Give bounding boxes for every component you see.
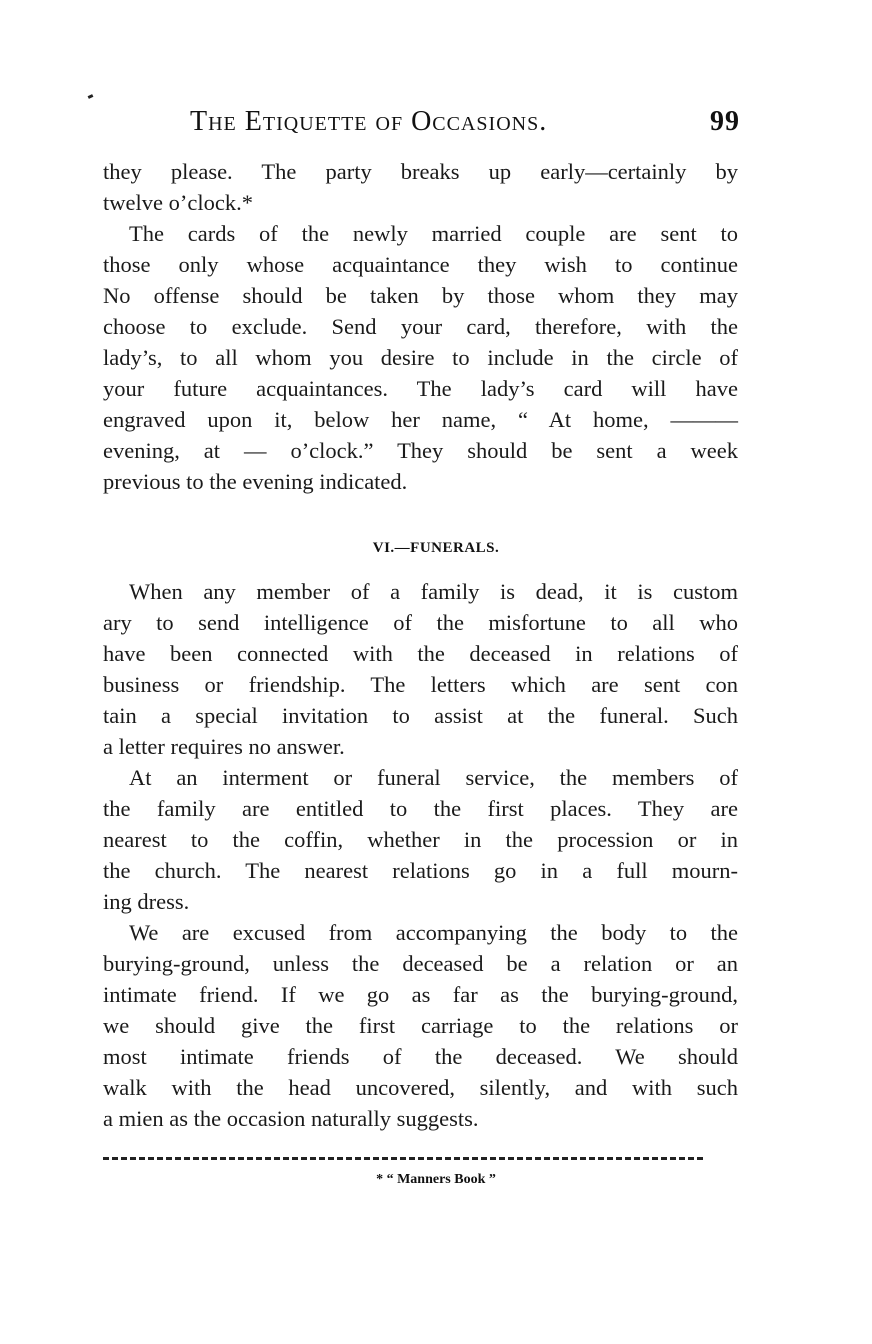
running-head: The Etiquette of Occasions. 99 xyxy=(190,106,750,142)
text-line: walk with the head uncovered, silently, … xyxy=(103,1072,738,1103)
text-line: business or friendship. The letters whic… xyxy=(103,669,738,700)
text-line: ing dress. xyxy=(103,886,738,917)
text-line: tain a special invitation to assist at t… xyxy=(103,700,738,731)
text-line: No offense should be taken by those whom… xyxy=(103,280,738,311)
text-line: your future acquaintances. The lady’s ca… xyxy=(103,373,738,404)
running-title: The Etiquette of Occasions. xyxy=(190,106,547,138)
text-line: the church. The nearest relations go in … xyxy=(103,855,738,886)
text-block-before: they please. The party breaks up early—c… xyxy=(103,156,738,497)
text-line: most intimate friends of the deceased. W… xyxy=(103,1041,738,1072)
section-heading: VI.—FUNERALS. xyxy=(0,540,872,557)
text-line: a mien as the occasion naturally suggest… xyxy=(103,1103,738,1134)
text-line: intimate friend. If we go as far as the … xyxy=(103,979,738,1010)
stray-ink-mark xyxy=(88,94,94,99)
text-line: we should give the first carriage to the… xyxy=(103,1010,738,1041)
paragraph: The cards of the newly married couple ar… xyxy=(103,218,738,497)
footnote: * “ Manners Book ” xyxy=(0,1172,872,1188)
text-line: At an interment or funeral service, the … xyxy=(103,762,738,793)
book-page: The Etiquette of Occasions. 99 they plea… xyxy=(0,0,872,1344)
text-line: have been connected with the deceased in… xyxy=(103,638,738,669)
page-number: 99 xyxy=(710,106,740,138)
text-line: previous to the evening indicated. xyxy=(103,466,738,497)
text-line: evening, at — o’clock.” They should be s… xyxy=(103,435,738,466)
text-line: a letter requires no answer. xyxy=(103,731,738,762)
text-line: ary to send intelligence of the misfortu… xyxy=(103,607,738,638)
text-line: We are excused from accompanying the bod… xyxy=(103,917,738,948)
paragraph: they please. The party breaks up early—c… xyxy=(103,156,738,218)
text-line: The cards of the newly married couple ar… xyxy=(103,218,738,249)
text-line: twelve o’clock.* xyxy=(103,187,738,218)
text-line: those only whose acquaintance they wish … xyxy=(103,249,738,280)
paragraph: At an interment or funeral service, the … xyxy=(103,762,738,917)
text-line: choose to exclude. Send your card, there… xyxy=(103,311,738,342)
text-line: When any member of a family is dead, it … xyxy=(103,576,738,607)
paragraph: We are excused from accompanying the bod… xyxy=(103,917,738,1134)
text-line: lady’s, to all whom you desire to includ… xyxy=(103,342,738,373)
footnote-rule xyxy=(103,1157,703,1160)
text-line: nearest to the coffin, whether in the pr… xyxy=(103,824,738,855)
text-line: burying-ground, unless the deceased be a… xyxy=(103,948,738,979)
text-line: the family are entitled to the first pla… xyxy=(103,793,738,824)
paragraph: When any member of a family is dead, it … xyxy=(103,576,738,762)
text-block-after: When any member of a family is dead, it … xyxy=(103,576,738,1134)
text-line: engraved upon it, below her name, “ At h… xyxy=(103,404,738,435)
text-line: they please. The party breaks up early—c… xyxy=(103,156,738,187)
